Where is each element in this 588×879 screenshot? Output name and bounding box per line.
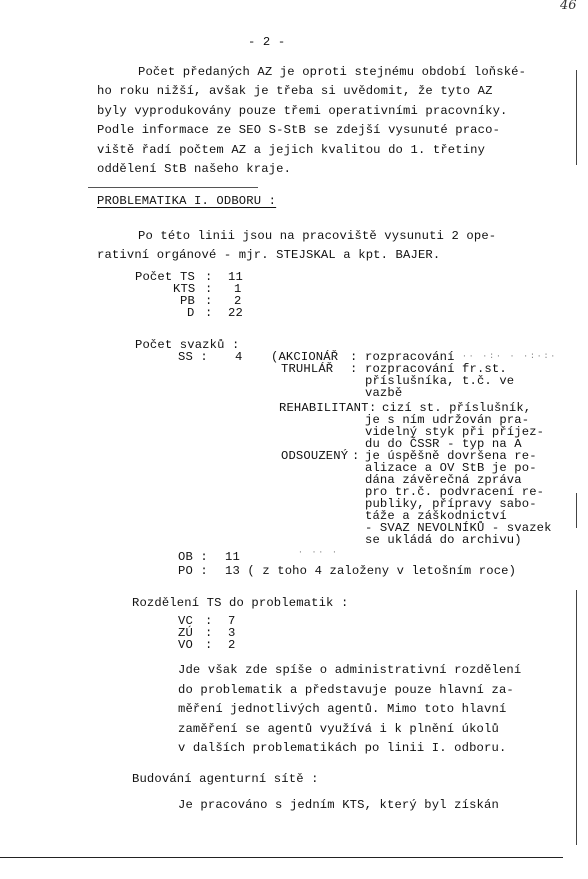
entry-line: se ukládá do archivu): [365, 534, 522, 546]
rozdeleni-label: Rozdělení TS do problematik :: [132, 595, 348, 611]
bottom-rule: [0, 857, 563, 858]
page-number: - 2 -: [248, 34, 285, 50]
text-line: Je pracováno s jedním KTS, který byl zís…: [178, 797, 499, 813]
section-divider: [88, 187, 258, 188]
text-line: viště řadí počtem AZ a jejich kvalitou d…: [97, 142, 485, 158]
row-key: D: [187, 307, 194, 319]
section-heading: PROBLEMATIKA I. ODBORU :: [97, 193, 276, 209]
colon: :: [205, 639, 212, 651]
po-value: 13 ( z toho 4 založeny v letošním roce): [225, 565, 516, 577]
row-value: 2: [228, 639, 235, 651]
entry-name: ODSOUZENÝ: [281, 450, 348, 462]
text-line: zaměření se agentů využívá i k plnění úk…: [178, 721, 499, 737]
budovani-label: Budování agenturní sítě :: [132, 771, 319, 787]
margin-rule: [576, 70, 577, 165]
text-line: Podle informace ze SEO S-StB se zdejší v…: [97, 122, 500, 138]
text-line: rativní orgánové - mjr. STEJSKAL a kpt. …: [97, 247, 440, 263]
text-line: Jde však zde spíše o administrativní roz…: [178, 662, 521, 678]
noise-specks: · ·· ·: [298, 548, 339, 557]
folio-mark: 46: [560, 0, 577, 13]
entry-name: REHABILITANT: [279, 402, 369, 414]
ob-key: OB :: [178, 551, 208, 563]
text-line: do problematik a představuje pouze hlavn…: [178, 682, 514, 698]
ss-key: SS :: [178, 351, 208, 363]
entry-line: vazbě: [365, 387, 402, 399]
noise-specks: ·· ·:· · ·:·:·: [462, 352, 557, 361]
ss-value: 4: [235, 351, 242, 363]
colon: :: [205, 307, 212, 319]
pocet-label: Počet: [135, 271, 172, 283]
entry-sep: :: [350, 363, 357, 375]
entry-sep: :: [352, 450, 359, 462]
text-line: Po této linii jsou na pracoviště vysunut…: [138, 228, 496, 244]
ob-value: 11: [225, 551, 240, 563]
text-line: v dalších problematikách po linii I. odb…: [178, 740, 506, 756]
text-line: oddělení StB našeho kraje.: [97, 161, 291, 177]
po-key: PO :: [178, 565, 208, 577]
text-line: Počet předaných AZ je oproti stejnému ob…: [138, 64, 526, 80]
text-line: byly vyprodukovány pouze třemi operativn…: [97, 103, 508, 119]
text-line: ho roku nižší, avšak je třeba si uvědomi…: [97, 83, 493, 99]
margin-rule: [576, 590, 577, 845]
row-key: VO: [178, 639, 193, 651]
row-value: 22: [228, 307, 243, 319]
text-line: měření jednotlivých agentů. Mimo toto hl…: [178, 701, 506, 717]
margin-rule: [576, 493, 577, 528]
entry-name: TRUHLÁŘ: [281, 363, 333, 375]
